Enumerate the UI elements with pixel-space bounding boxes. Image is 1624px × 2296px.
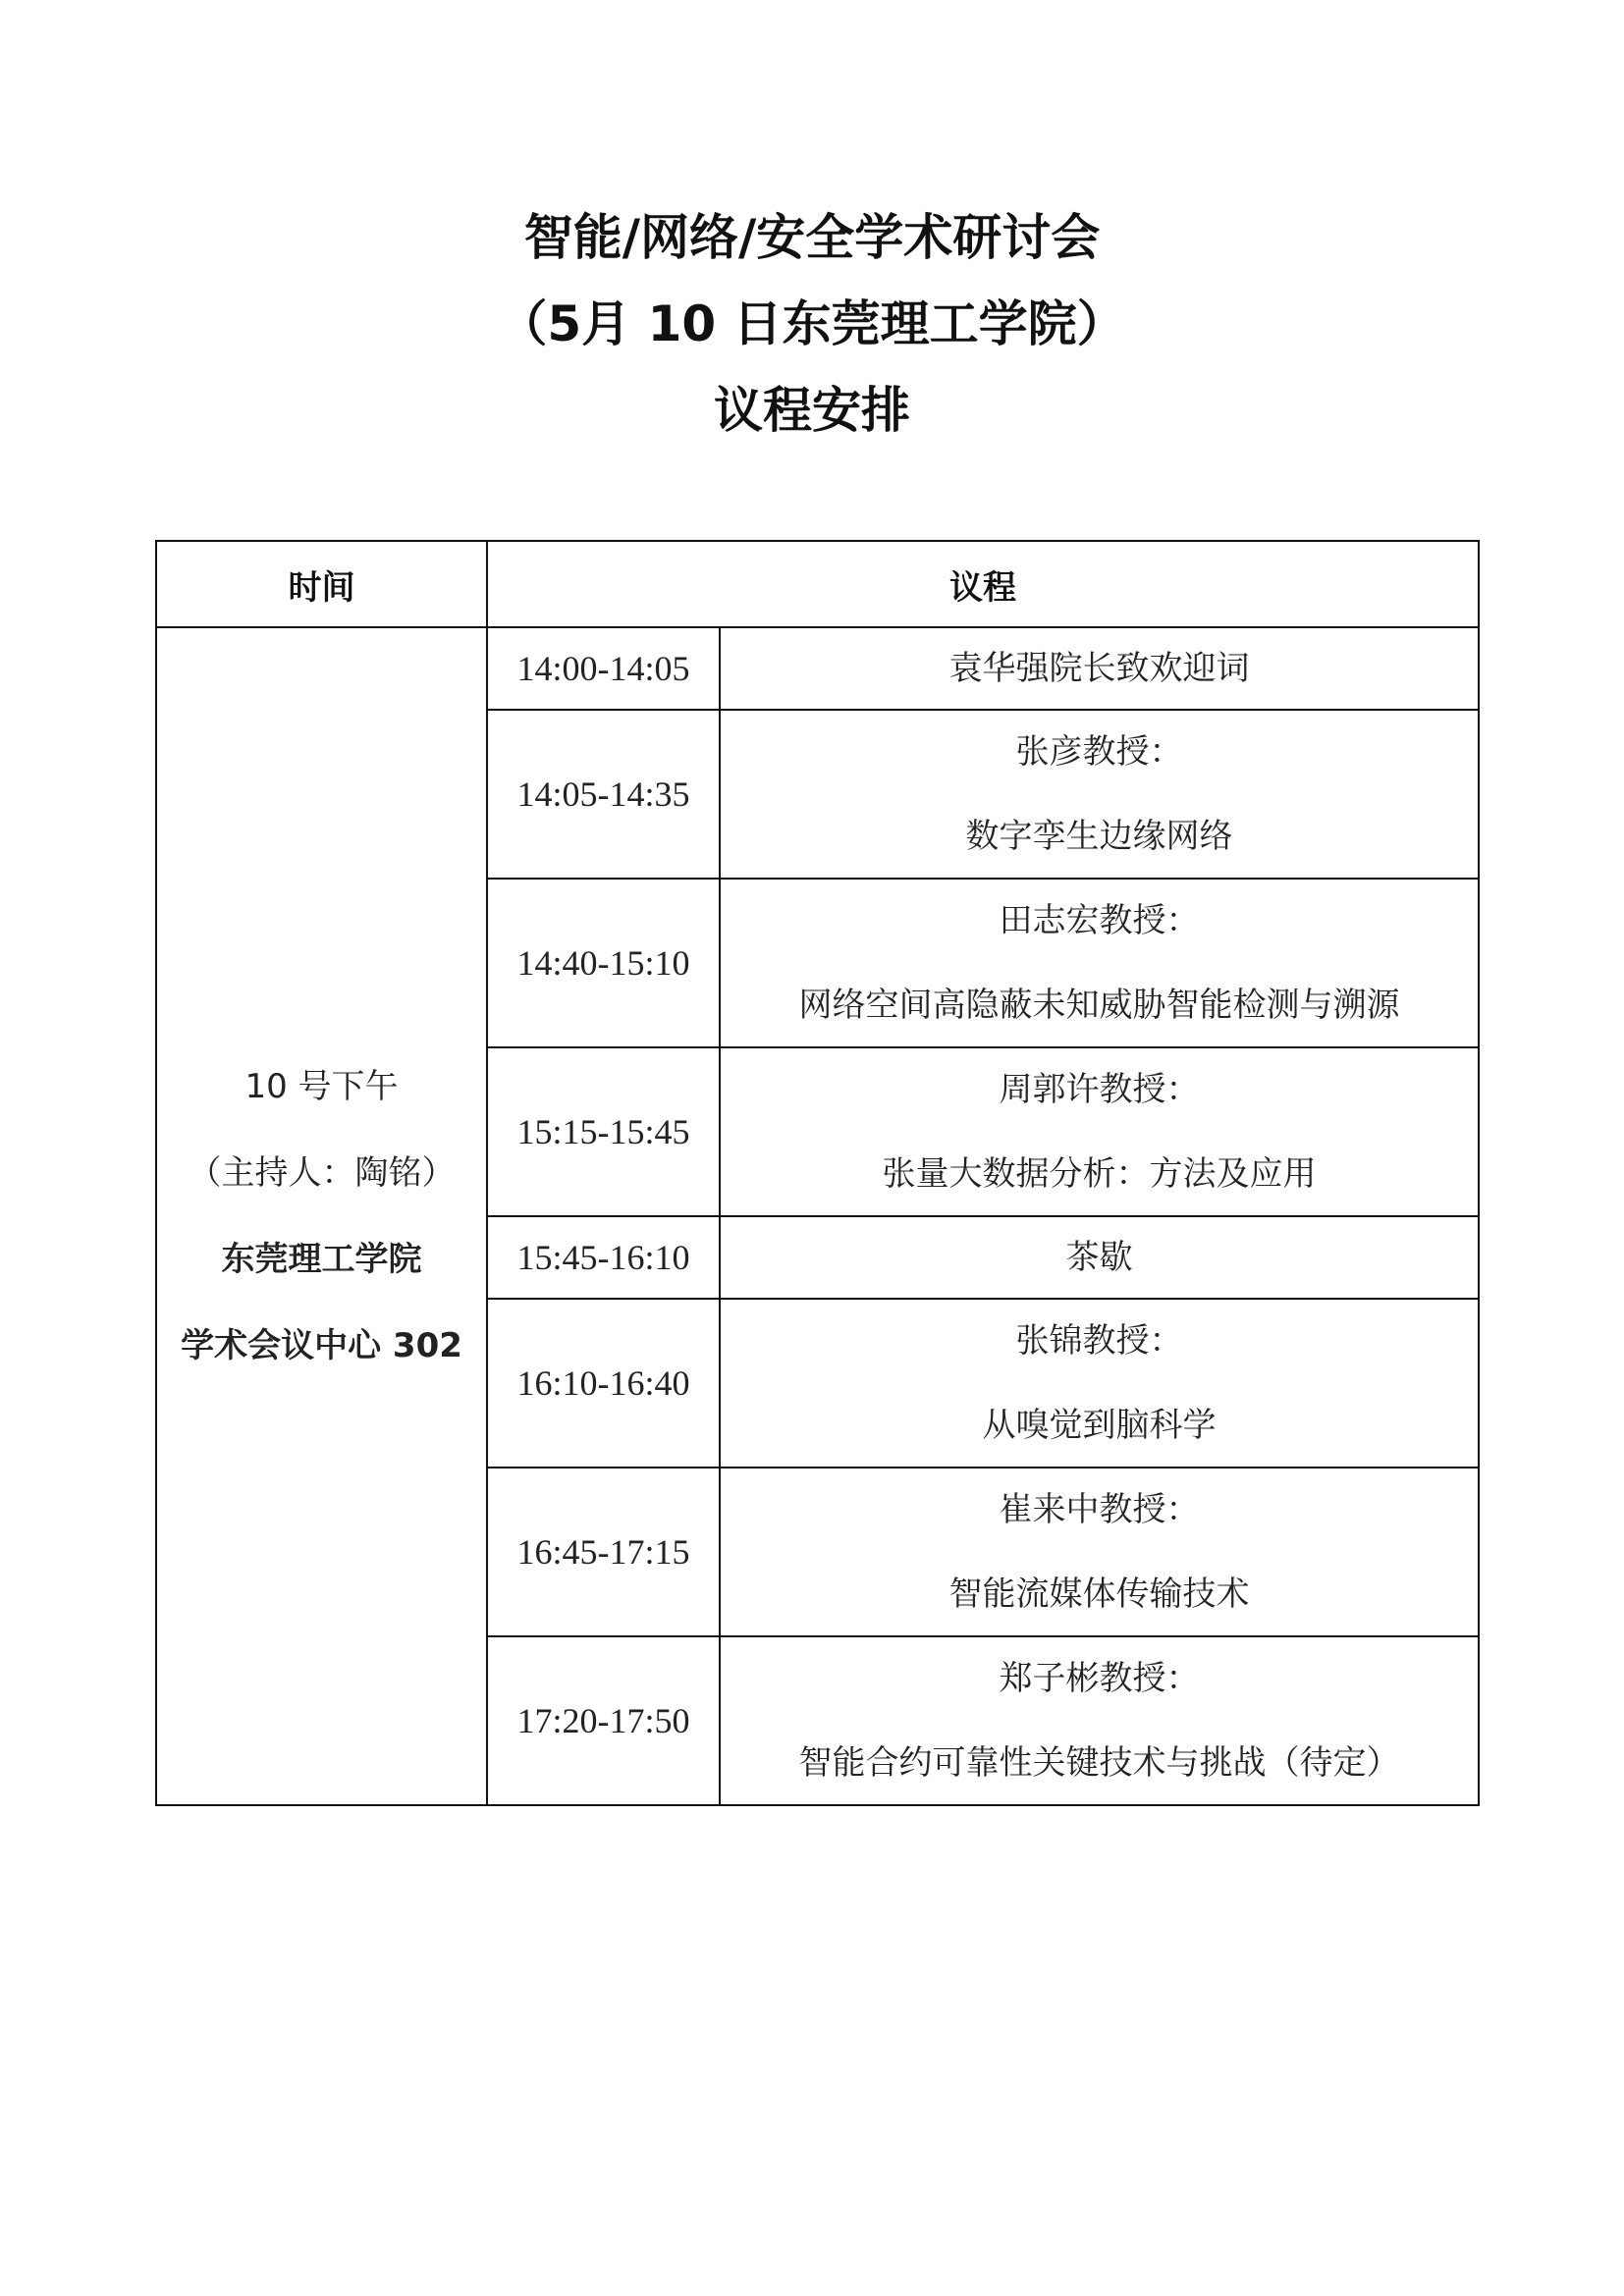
time-slot: 14:40-15:10 bbox=[487, 879, 720, 1047]
talk-topic: 数字孪生边缘网络 bbox=[721, 815, 1478, 858]
table-header-row: 时间 议程 bbox=[156, 541, 1479, 627]
header-time: 时间 bbox=[156, 541, 487, 627]
speaker: 张彦教授： bbox=[721, 730, 1478, 774]
talk-topic: 网络空间高隐蔽未知威胁智能检测与溯源 bbox=[721, 984, 1478, 1027]
document-subtitle: （5月 10 日东莞理工学院） bbox=[0, 294, 1624, 353]
talk-topic: 智能流媒体传输技术 bbox=[721, 1573, 1478, 1616]
agenda-item: 崔来中教授：智能流媒体传输技术 bbox=[720, 1468, 1479, 1636]
session-info-cell: 10 号下午 （主持人：陶铭） 东莞理工学院 学术会议中心 302 bbox=[156, 627, 487, 1805]
speaker: 袁华强院长致欢迎词 bbox=[721, 647, 1478, 690]
session-host: （主持人：陶铭） bbox=[157, 1130, 486, 1216]
time-slot: 17:20-17:50 bbox=[487, 1636, 720, 1805]
document-title: 智能/网络/安全学术研讨会 bbox=[0, 208, 1624, 267]
speaker: 张锦教授： bbox=[721, 1319, 1478, 1362]
time-slot: 16:45-17:15 bbox=[487, 1468, 720, 1636]
time-slot: 14:05-14:35 bbox=[487, 710, 720, 879]
agenda-item: 茶歇 bbox=[720, 1216, 1479, 1299]
time-slot: 15:15-15:45 bbox=[487, 1047, 720, 1216]
session-venue: 东莞理工学院 bbox=[157, 1216, 486, 1303]
agenda-item: 袁华强院长致欢迎词 bbox=[720, 627, 1479, 710]
agenda-item: 张锦教授：从嗅觉到脑科学 bbox=[720, 1299, 1479, 1468]
talk-topic: 智能合约可靠性关键技术与挑战（待定） bbox=[721, 1741, 1478, 1785]
talk-topic: 张量大数据分析：方法及应用 bbox=[721, 1152, 1478, 1196]
talk-topic: 从嗅觉到脑科学 bbox=[721, 1404, 1478, 1447]
agenda-item: 田志宏教授：网络空间高隐蔽未知威胁智能检测与溯源 bbox=[720, 879, 1479, 1047]
session-day: 10 号下午 bbox=[157, 1043, 486, 1130]
speaker: 郑子彬教授： bbox=[721, 1657, 1478, 1700]
table-row: 10 号下午 （主持人：陶铭） 东莞理工学院 学术会议中心 302 14:00-… bbox=[156, 627, 1479, 710]
agenda-item: 郑子彬教授：智能合约可靠性关键技术与挑战（待定） bbox=[720, 1636, 1479, 1805]
agenda-item: 周郭许教授：张量大数据分析：方法及应用 bbox=[720, 1047, 1479, 1216]
time-slot: 14:00-14:05 bbox=[487, 627, 720, 710]
session-room: 学术会议中心 302 bbox=[157, 1303, 486, 1389]
agenda-item: 张彦教授：数字孪生边缘网络 bbox=[720, 710, 1479, 879]
header-agenda: 议程 bbox=[487, 541, 1479, 627]
agenda-table: 时间 议程 10 号下午 （主持人：陶铭） 东莞理工学院 学术会议中心 302 … bbox=[155, 540, 1480, 1806]
speaker: 田志宏教授： bbox=[721, 899, 1478, 942]
time-slot: 15:45-16:10 bbox=[487, 1216, 720, 1299]
time-slot: 16:10-16:40 bbox=[487, 1299, 720, 1468]
speaker: 崔来中教授： bbox=[721, 1488, 1478, 1531]
break-label: 茶歇 bbox=[721, 1236, 1478, 1279]
speaker: 周郭许教授： bbox=[721, 1068, 1478, 1111]
document-heading: 议程安排 bbox=[0, 381, 1624, 440]
